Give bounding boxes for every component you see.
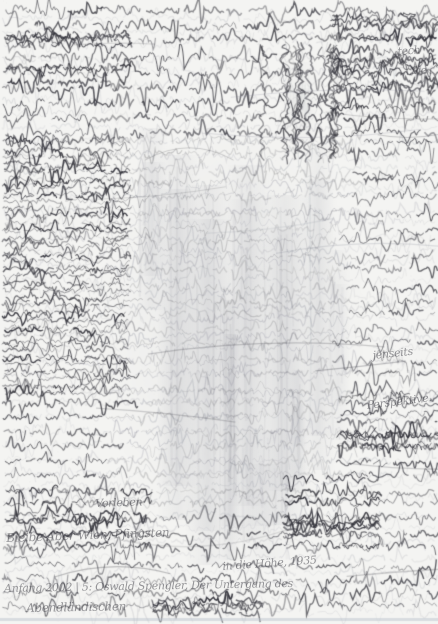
manuscript-page: Bleibe Aber Wien, Pfingsten in die Höhe,… [0,0,438,624]
handwriting-canvas [0,0,438,624]
